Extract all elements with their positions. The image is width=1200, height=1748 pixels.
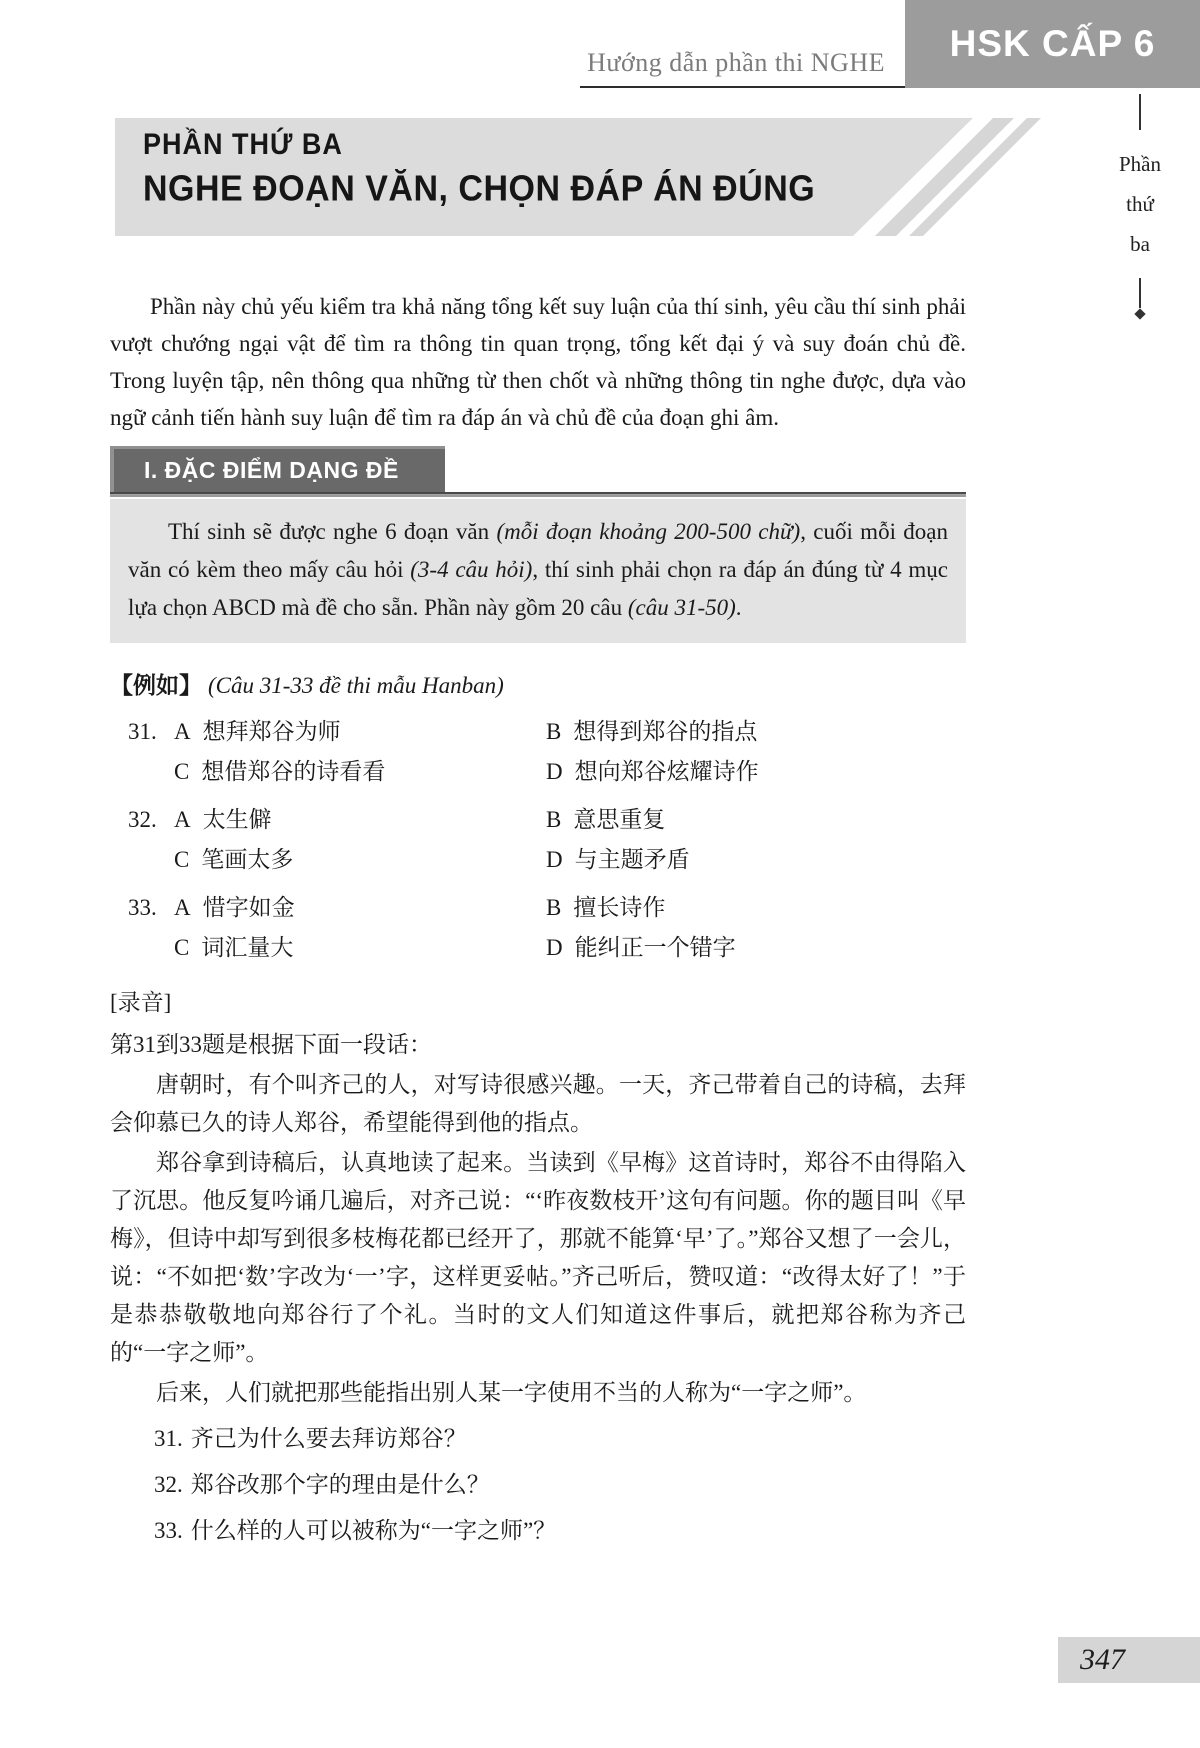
transcript-paragraph-2: 郑谷拿到诗稿后，认真地读了起来。当读到《早梅》这首诗时，郑谷不由得陷入了沉思。他… (110, 1144, 966, 1372)
option-d: D与主题矛盾 (546, 840, 966, 880)
side-tab-word-2: thứ (1126, 189, 1154, 219)
example-questions: 31. A想拜郑谷为师 B想得到郑谷的指点 C想借郑谷的诗看看 D想向郑谷炫耀诗… (110, 712, 966, 968)
option-key: A (174, 895, 191, 920)
feature-seg-2: (mỗi đoạn khoảng 200-500 chữ) (496, 519, 800, 544)
option-text: 擅长诗作 (573, 895, 665, 920)
section-heading-rule (110, 492, 966, 497)
feature-seg-7: . (736, 595, 742, 620)
feature-description-box: Thí sinh sẽ được nghe 6 đoạn văn (mỗi đo… (110, 499, 966, 643)
option-key: A (174, 719, 191, 744)
option-key: C (174, 847, 189, 872)
running-header-title: Hướng dẫn phần thi NGHE (470, 48, 885, 78)
side-tab-word-3: ba (1130, 229, 1150, 259)
question-number-spacer (110, 840, 174, 880)
question-33: 33. A惜字如金 B擅长诗作 C词汇量大 D能纠正一个错字 (110, 888, 966, 968)
option-key: B (546, 895, 561, 920)
option-key: D (546, 759, 563, 784)
transcript-label: [录音] (110, 984, 966, 1022)
feature-seg-4: (3-4 câu hỏi) (410, 557, 532, 582)
side-tab-word-1: Phần (1119, 149, 1161, 179)
option-text: 笔画太多 (201, 847, 293, 872)
intro-paragraph: Phần này chủ yếu kiểm tra khả năng tổng … (110, 288, 966, 436)
option-d: D能纠正一个错字 (546, 928, 966, 968)
option-key: D (546, 935, 563, 960)
example-label: 【例如】 (110, 673, 202, 698)
banner-kicker: PHẦN THỨ BA (143, 128, 973, 161)
option-a: A太生僻 (174, 800, 546, 840)
transcript-question-number: 32. (154, 1472, 183, 1497)
question-number-spacer (110, 752, 174, 792)
side-tab-diamond (1134, 308, 1145, 319)
transcript-question-number: 33. (154, 1518, 183, 1543)
question-number-spacer (110, 928, 174, 968)
option-text: 意思重复 (573, 807, 665, 832)
hsk-level-badge: HSK CẤP 6 (905, 0, 1200, 88)
main-content: Phần này chủ yếu kiểm tra khả năng tổng … (110, 288, 966, 1550)
side-tab-line-bottom (1139, 278, 1141, 308)
page-number-badge: 347 (1058, 1637, 1200, 1683)
feature-seg-6: (câu 31-50) (628, 595, 736, 620)
question-31: 31. A想拜郑谷为师 B想得到郑谷的指点 C想借郑谷的诗看看 D想向郑谷炫耀诗… (110, 712, 966, 792)
textbook-page: Hướng dẫn phần thi NGHE HSK CẤP 6 Phần t… (0, 0, 1200, 1748)
transcript-question-33: 33.什么样的人可以被称为“一字之师”？ (110, 1512, 966, 1550)
question-number: 33. (110, 888, 174, 928)
side-tab-line-top (1139, 94, 1141, 130)
option-text: 惜字如金 (203, 895, 295, 920)
option-key: A (174, 807, 191, 832)
header-rule (580, 86, 905, 88)
question-number: 32. (110, 800, 174, 840)
option-text: 能纠正一个错字 (575, 935, 736, 960)
example-header: 【例如】(Câu 31-33 đề thi mẫu Hanban) (110, 667, 966, 700)
option-text: 词汇量大 (201, 935, 293, 960)
side-tab-part-marker: Phần thứ ba (1108, 94, 1172, 318)
transcript-question-text: 什么样的人可以被称为“一字之师”？ (191, 1518, 556, 1543)
option-a: A想拜郑谷为师 (174, 712, 546, 752)
transcript-question-number: 31. (154, 1426, 183, 1451)
section-banner: PHẦN THỨ BA NGHE ĐOẠN VĂN, CHỌN ĐÁP ÁN Đ… (115, 118, 973, 236)
feature-seg-1: Thí sinh sẽ được nghe 6 đoạn văn (168, 519, 496, 544)
transcript-paragraph-1: 唐朝时，有个叫齐己的人，对写诗很感兴趣。一天，齐己带着自己的诗稿，去拜会仰慕已久… (110, 1066, 966, 1142)
option-b: B想得到郑谷的指点 (546, 712, 966, 752)
transcript-question-text: 郑谷改那个字的理由是什么？ (191, 1472, 490, 1497)
option-a: A惜字如金 (174, 888, 546, 928)
option-d: D想向郑谷炫耀诗作 (546, 752, 966, 792)
transcript-question-32: 32.郑谷改那个字的理由是什么？ (110, 1466, 966, 1504)
option-key: B (546, 807, 561, 832)
option-c: C词汇量大 (174, 928, 546, 968)
option-text: 想拜郑谷为师 (203, 719, 341, 744)
option-text: 想得到郑谷的指点 (573, 719, 757, 744)
option-b: B擅长诗作 (546, 888, 966, 928)
transcript-paragraph-3: 后来，人们就把那些能指出别人某一字使用不当的人称为“一字之师”。 (110, 1374, 966, 1412)
option-b: B意思重复 (546, 800, 966, 840)
question-32: 32. A太生僻 B意思重复 C笔画太多 D与主题矛盾 (110, 800, 966, 880)
option-key: B (546, 719, 561, 744)
banner-title: NGHE ĐOẠN VĂN, CHỌN ĐÁP ÁN ĐÚNG (143, 169, 973, 210)
option-c: C笔画太多 (174, 840, 546, 880)
transcript-question-31: 31.齐己为什么要去拜访郑谷？ (110, 1420, 966, 1458)
option-key: C (174, 759, 189, 784)
question-number: 31. (110, 712, 174, 752)
option-key: D (546, 847, 563, 872)
option-c: C想借郑谷的诗看看 (174, 752, 546, 792)
transcript-lead: 第31到33题是根据下面一段话： (110, 1026, 966, 1064)
example-note: (Câu 31-33 đề thi mẫu Hanban) (208, 673, 504, 698)
transcript-question-text: 齐己为什么要去拜访郑谷？ (191, 1426, 467, 1451)
option-text: 想借郑谷的诗看看 (201, 759, 385, 784)
option-text: 与主题矛盾 (575, 847, 690, 872)
section-heading: I. ĐẶC ĐIỂM DẠNG ĐỀ (110, 446, 445, 492)
option-text: 太生僻 (203, 807, 272, 832)
option-text: 想向郑谷炫耀诗作 (575, 759, 759, 784)
option-key: C (174, 935, 189, 960)
